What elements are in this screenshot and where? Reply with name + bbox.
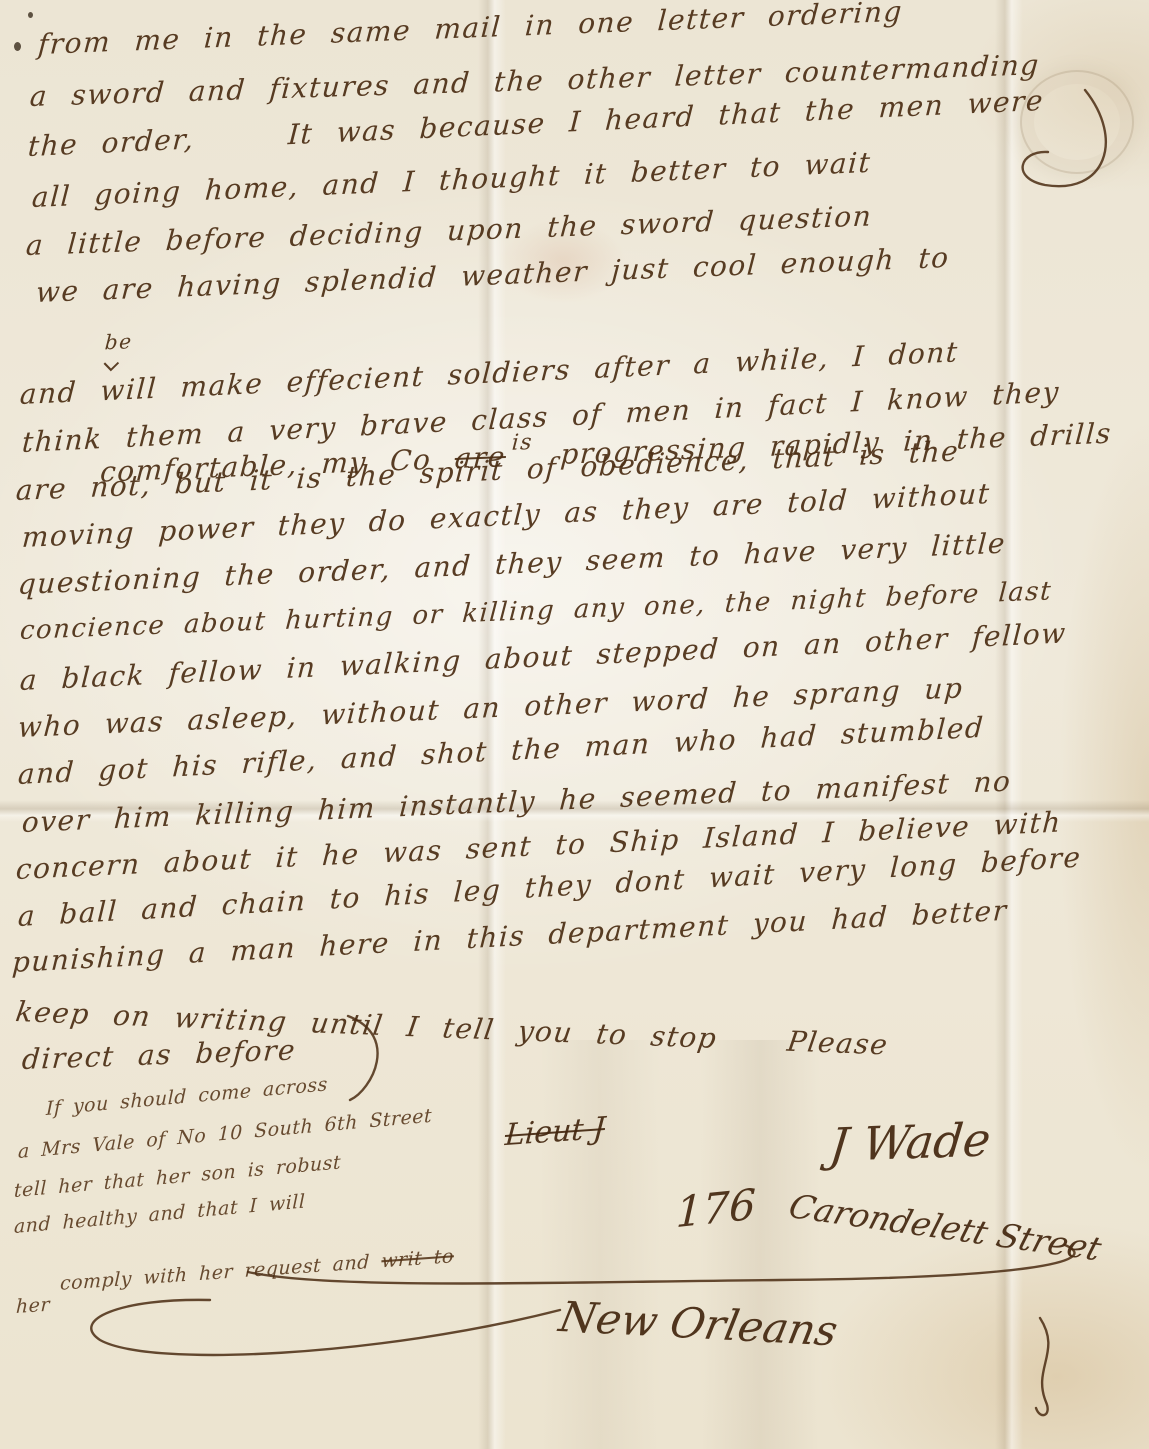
margin-note-closing: her xyxy=(16,1294,51,1318)
letter-line: from me in the same mail in one letter o… xyxy=(37,0,904,61)
struck-words: writ to xyxy=(381,1245,454,1272)
address-street-number: 176 xyxy=(675,1179,756,1237)
flourish-new-orleans-tail xyxy=(1036,1318,1048,1415)
address-name: J Wade xyxy=(827,1112,993,1172)
letter-line: direct as before xyxy=(21,1033,297,1076)
line-text: comply with her request and xyxy=(60,1250,382,1295)
caret-icon xyxy=(103,356,119,372)
address-street: Carondelett Street xyxy=(785,1187,1106,1268)
fold-shadow-band xyxy=(700,1040,820,1449)
address-struck-salutation: Lieut J xyxy=(504,1111,606,1153)
margin-note-line: If you should come across xyxy=(46,1073,328,1120)
margin-note-line: comply with her request and writ to xyxy=(13,1223,455,1320)
insert-text: be xyxy=(104,329,133,354)
paper-speck xyxy=(28,12,33,18)
fold-shadow-band xyxy=(540,1040,660,1449)
paper-speck xyxy=(14,42,21,51)
letter-page: from me in the same mail in one letter o… xyxy=(0,0,1149,1449)
